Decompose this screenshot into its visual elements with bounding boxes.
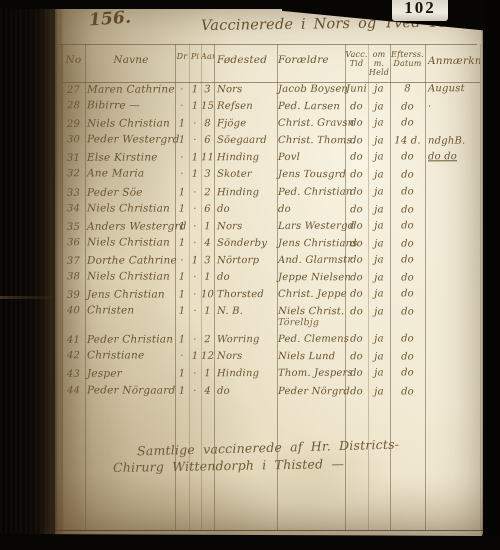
cell-vaccination-date: do xyxy=(345,101,368,112)
cell-age: 3 xyxy=(201,84,214,95)
header-remarks: Anmærkn. xyxy=(425,46,480,78)
cell-age: 6 xyxy=(201,203,214,214)
cell-age: 12 xyxy=(201,351,214,362)
cell-parents: And. Glarmstr xyxy=(277,255,345,266)
cell-success: ja xyxy=(368,186,390,197)
cell-name: Else Kirstine xyxy=(85,153,175,164)
cell-inspection-date: do xyxy=(390,152,425,163)
cell-vaccination-date: do xyxy=(345,186,368,197)
cell-birthplace: Worring xyxy=(214,334,277,345)
cell-female: 1 xyxy=(189,153,201,164)
cell-inspection-date: do xyxy=(390,204,425,215)
cell-name: Bibirre — xyxy=(85,100,175,111)
cell-remark: August xyxy=(425,83,480,94)
cell-age: 11 xyxy=(201,153,214,164)
cell-name: Peder Christian xyxy=(85,335,175,346)
cell-female: · xyxy=(189,272,201,283)
cell-parents: Jens Christians xyxy=(277,238,345,249)
cell-name: Peder Söe xyxy=(85,187,175,198)
cell-vaccination-date: do xyxy=(345,170,368,181)
cell-success: ja xyxy=(368,136,390,147)
cell-no: 40 xyxy=(62,305,85,316)
cell-no: 44 xyxy=(62,385,85,396)
cell-success: ja xyxy=(368,289,390,300)
cell-no: 31 xyxy=(62,153,85,164)
cell-parents: Lars Westergd xyxy=(277,220,345,231)
cell-birthplace: Nors xyxy=(214,221,277,232)
cell-inspection-date: 8 xyxy=(390,83,425,94)
cell-no: 43 xyxy=(62,369,85,380)
cell-parents: do xyxy=(277,204,345,215)
cell-birthplace: Nors xyxy=(214,84,277,95)
cell-success: ja xyxy=(368,118,390,129)
cell-male: · xyxy=(175,255,189,266)
cell-female: · xyxy=(189,118,201,129)
cell-no: 28 xyxy=(62,100,85,111)
cell-female: 1 xyxy=(189,351,201,362)
cell-male: 1 xyxy=(175,335,189,346)
cell-birthplace: do xyxy=(214,272,277,283)
cell-female: · xyxy=(189,369,201,380)
cell-name: Dorthe Cathrine xyxy=(85,255,175,266)
cell-name: Christen xyxy=(85,306,175,317)
cell-no: 37 xyxy=(62,256,85,267)
cell-female: 1 xyxy=(189,169,201,180)
cell-success: ja xyxy=(368,307,390,318)
tab-number: 102 xyxy=(392,0,448,16)
cell-parents: Jacob Boysen xyxy=(277,84,345,95)
cell-age: 4 xyxy=(201,385,214,396)
cell-age: 6 xyxy=(201,135,214,146)
cell-no: 32 xyxy=(62,169,85,180)
cell-no: 29 xyxy=(62,119,85,130)
cell-inspection-date: do xyxy=(390,170,425,181)
table-row: 28 Bibirre — · 1 15 Refsen Ped. Larsen d… xyxy=(62,100,480,119)
cell-inspection-date: do xyxy=(390,254,425,265)
header-success: om m.Held xyxy=(368,46,390,78)
cell-age: 4 xyxy=(201,238,214,249)
cell-inspection-date: do xyxy=(390,352,425,363)
cell-name: Maren Cathrine xyxy=(85,84,175,95)
cell-age: 1 xyxy=(201,272,214,283)
cell-name: Niels Christian xyxy=(85,203,175,214)
cell-male: · xyxy=(175,84,189,95)
cell-female: · xyxy=(189,385,201,396)
cell-age: 10 xyxy=(201,289,214,300)
cell-success: ja xyxy=(368,101,390,112)
cell-success: ja xyxy=(368,368,390,379)
cell-parents: Ped. Christian xyxy=(277,186,345,197)
cell-male: 1 xyxy=(175,119,189,130)
cell-male: 1 xyxy=(175,221,189,232)
cell-female: · xyxy=(189,335,201,346)
cell-vaccination-date: do xyxy=(345,238,368,249)
cell-success: ja xyxy=(368,254,390,265)
cell-inspection-date: do xyxy=(390,334,425,345)
table-row: 30 Peder Westergrd 1 · 6 Söegaard Christ… xyxy=(62,135,480,154)
cell-name: Niels Christian xyxy=(85,119,175,130)
cell-parents: Christ. Thoms. xyxy=(277,135,345,146)
header-age: Aar xyxy=(201,46,214,78)
cell-remark: ndghB. xyxy=(425,136,480,147)
cell-vaccination-date: do xyxy=(345,368,368,379)
cell-inspection-date: do xyxy=(390,272,425,283)
footer-note-line1: Samtlige vaccinerede af Hr. Districts- xyxy=(137,437,399,459)
cell-no: 36 xyxy=(62,237,85,248)
cell-age: 1 xyxy=(201,369,214,380)
cell-female: · xyxy=(189,203,201,214)
cell-name: Jens Christian xyxy=(85,290,175,301)
cell-vaccination-date: do xyxy=(345,334,368,345)
header-name: Navne xyxy=(85,46,175,78)
cell-male: 1 xyxy=(175,187,189,198)
cell-female: · xyxy=(189,289,201,300)
cell-male: 1 xyxy=(175,369,189,380)
cell-vaccination-date: do xyxy=(345,220,368,231)
cell-age: 3 xyxy=(201,255,214,266)
cell-no: 41 xyxy=(62,335,85,346)
page-number: 156. xyxy=(88,8,132,31)
page-bottom-edge xyxy=(55,530,483,531)
cell-name: Ane Maria xyxy=(85,169,175,180)
cell-birthplace: Skoter xyxy=(214,169,277,180)
cell-age: 15 xyxy=(201,101,214,112)
cell-vaccination-date: do xyxy=(345,136,368,147)
cell-inspection-date: do xyxy=(390,118,425,129)
cell-birthplace: Hinding xyxy=(214,152,277,163)
cell-no: 33 xyxy=(62,187,85,198)
cell-birthplace: Sönderby xyxy=(214,238,277,249)
cell-inspection-date: do xyxy=(390,307,425,318)
cell-name: Peder Nörgaard xyxy=(85,385,175,396)
table-row: 36 Niels Christian 1 · 4 Sönderby Jens C… xyxy=(62,237,480,256)
cell-female: 1 xyxy=(189,84,201,95)
cell-vaccination-date: do xyxy=(345,386,368,397)
cell-success: ja xyxy=(368,272,390,283)
cell-birthplace: Söegaard xyxy=(214,135,277,146)
cell-female: 1 xyxy=(189,255,201,266)
cell-age: 2 xyxy=(201,187,214,198)
cell-inspection-date: do xyxy=(390,368,425,379)
title-rule-line xyxy=(57,44,477,45)
cell-parents: Jens Tousgrd xyxy=(277,169,345,180)
cell-success: ja xyxy=(368,83,390,94)
cell-male: · xyxy=(175,101,189,112)
cell-no: 35 xyxy=(62,222,85,233)
cell-success: ja xyxy=(368,334,390,345)
header-female: Pi xyxy=(189,46,201,78)
cell-age: 3 xyxy=(201,169,214,180)
cell-parents: Povl xyxy=(277,152,345,163)
footer-note-line2: Chirurg Wittendorph i Thisted — xyxy=(113,456,344,475)
cell-success: ja xyxy=(368,152,390,163)
scan-bottom-border xyxy=(0,534,500,550)
cell-vaccination-date: Juni xyxy=(345,84,368,95)
cell-male: 1 xyxy=(175,135,189,146)
cell-name: Jesper xyxy=(85,369,175,380)
cell-female: · xyxy=(189,238,201,249)
cell-vaccination-date: do xyxy=(345,289,368,300)
cell-parents: Niels Christ.Törelbjg xyxy=(277,306,345,328)
header-male: Dr xyxy=(175,46,189,78)
header-inspection-date: Efterss.Datum xyxy=(390,46,425,78)
header-parents: Forældre xyxy=(277,46,345,78)
cell-age: 1 xyxy=(201,306,214,317)
cell-parents: Peder Nörgrd xyxy=(277,386,345,397)
cell-vaccination-date: do xyxy=(345,255,368,266)
table-row: 34 Niels Christian 1 · 6 do do do ja do xyxy=(62,203,480,222)
table-row: 42 Christiane · 1 12 Nors Niels Lund do … xyxy=(62,351,480,370)
cell-birthplace: Fjöge xyxy=(214,118,277,129)
cell-female: 1 xyxy=(189,101,201,112)
cell-birthplace: Hinding xyxy=(214,368,277,379)
cell-male: 1 xyxy=(175,289,189,300)
cell-male: 1 xyxy=(175,272,189,283)
cell-male: · xyxy=(175,351,189,362)
cell-female: · xyxy=(189,306,201,317)
cell-birthplace: do xyxy=(214,385,277,396)
catalog-tab: 102 xyxy=(392,0,448,21)
cell-age: 1 xyxy=(201,221,214,232)
header-birthplace: Fødested xyxy=(214,46,277,78)
cell-no: 38 xyxy=(62,271,85,282)
cell-no: 30 xyxy=(62,135,85,146)
table-body: 27 Maren Cathrine · 1 3 Nors Jacob Boyse… xyxy=(62,84,480,403)
book-spine xyxy=(0,0,64,550)
scan-right-border xyxy=(481,0,500,550)
cell-name: Niels Christian xyxy=(85,237,175,248)
cell-no: 27 xyxy=(62,85,85,96)
cell-female: · xyxy=(189,187,201,198)
cell-parents: Niels Lund xyxy=(277,351,345,362)
cell-male: · xyxy=(175,169,189,180)
cell-vaccination-date: do xyxy=(345,118,368,129)
cell-inspection-date: 14 d. xyxy=(390,136,425,147)
cell-inspection-date: do xyxy=(390,238,425,249)
cell-vaccination-date: do xyxy=(345,204,368,215)
cell-success: ja xyxy=(368,170,390,181)
cell-success: ja xyxy=(368,220,390,231)
cell-name: Niels Christian xyxy=(85,271,175,282)
cell-parents: Christ. Jeppe xyxy=(277,289,345,300)
spine-crease xyxy=(0,296,58,299)
cell-birthplace: N. B. xyxy=(214,306,277,317)
cell-success: ja xyxy=(368,352,390,363)
cell-age: 2 xyxy=(201,334,214,345)
cell-name: Christiane xyxy=(85,351,175,362)
cell-birthplace: Nörtorp xyxy=(214,255,277,266)
cell-male: · xyxy=(175,153,189,164)
page-sheet: 156. Vaccinerede i Nors og Tved 1820 — N… xyxy=(55,6,483,537)
cell-birthplace: do xyxy=(214,203,277,214)
cell-parents: Thom. Jespers. xyxy=(277,368,345,379)
table-header: No Navne Dr Pi Aar Fødested Forældre Vac… xyxy=(62,46,480,78)
cell-success: ja xyxy=(368,204,390,215)
cell-inspection-date: do xyxy=(390,288,425,299)
cell-birthplace: Hinding xyxy=(214,187,277,198)
header-vaccination-date: Vacc.Tid xyxy=(345,46,368,78)
cell-success: ja xyxy=(368,386,390,397)
cell-inspection-date: do xyxy=(390,220,425,231)
cell-vaccination-date: do xyxy=(345,152,368,163)
table-row: 40 Christen 1 · 1 N. B. Niels Christ.Tör… xyxy=(62,305,480,334)
cell-inspection-date: do xyxy=(390,102,425,113)
cell-remark: · xyxy=(425,102,480,113)
cell-age: 8 xyxy=(201,118,214,129)
cell-inspection-date: do xyxy=(390,186,425,197)
cell-male: 1 xyxy=(175,238,189,249)
table-row: 32 Ane Maria · 1 3 Skoter Jens Tousgrd d… xyxy=(62,169,480,188)
cell-male: 1 xyxy=(175,203,189,214)
cell-no: 34 xyxy=(62,203,85,214)
cell-parents: Ped. Larsen xyxy=(277,101,345,112)
cell-parents: Jeppe Nielsen xyxy=(277,272,345,283)
cell-no: 42 xyxy=(62,351,85,362)
cell-name: Peder Westergrd xyxy=(85,135,175,146)
cell-female: · xyxy=(189,135,201,146)
cell-birthplace: Refsen xyxy=(214,101,277,112)
cell-parents: Ped. Clemens xyxy=(277,334,345,345)
cell-success: ja xyxy=(368,238,390,249)
cell-birthplace: Nors xyxy=(214,351,277,362)
cell-male: 1 xyxy=(175,306,189,317)
cell-name: Anders Westergrd xyxy=(85,221,175,232)
table-row: 38 Niels Christian 1 · 1 do Jeppe Nielse… xyxy=(62,271,480,290)
cell-birthplace: Thorsted xyxy=(214,289,277,300)
cell-male: 1 xyxy=(175,385,189,396)
cell-inspection-date: do xyxy=(390,386,425,397)
cell-female: · xyxy=(189,221,201,232)
cell-vaccination-date: do xyxy=(345,272,368,283)
cell-vaccination-date: do xyxy=(345,352,368,363)
header-no: No xyxy=(62,46,85,78)
table-row: 44 Peder Nörgaard 1 · 4 do Peder Nörgrd … xyxy=(62,385,480,404)
cell-parents: Christ. Gravsn xyxy=(277,118,345,129)
cell-remark: do do xyxy=(425,151,480,162)
cell-vaccination-date: do xyxy=(345,306,368,317)
cell-no: 39 xyxy=(62,290,85,301)
